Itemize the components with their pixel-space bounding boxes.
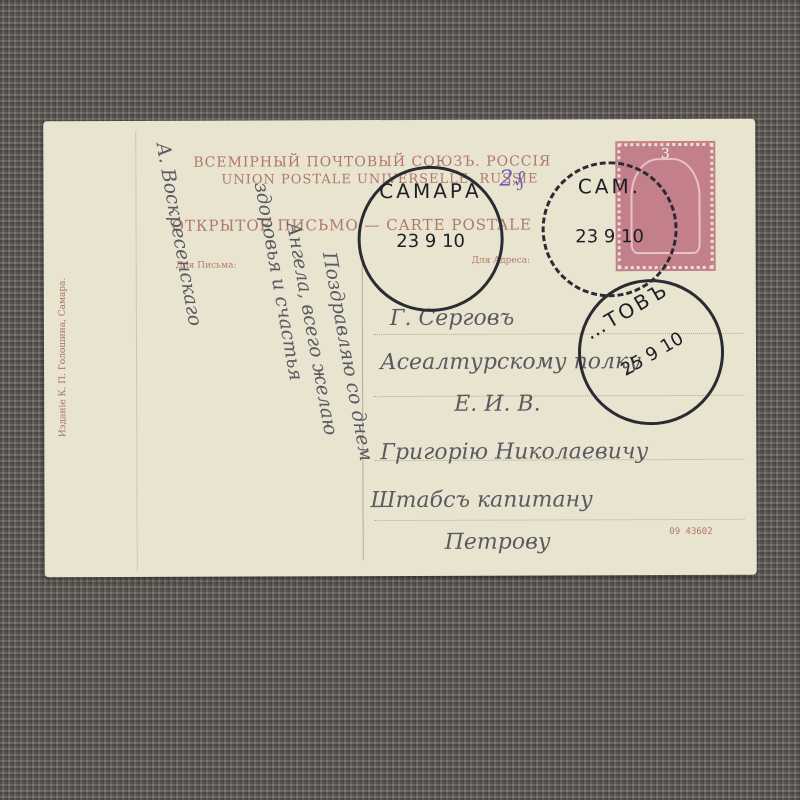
postmark-samara: САМАРА 23 9 10 — [357, 166, 504, 313]
stamp-denomination: 3 — [620, 146, 710, 162]
address-line: Е. И. В. — [454, 392, 540, 417]
address-line: Г. Серговъ — [390, 306, 514, 331]
margin-rule — [135, 131, 138, 571]
header-russian: ВСЕМІРНЫЙ ПОЧТОВЫЙ СОЮЗЪ. РОССІЯ — [193, 153, 551, 170]
address-line: Петрову — [445, 529, 551, 554]
postcard: Изданіе К. П. Голошина, Самара. ВСЕМІРНЫ… — [43, 119, 757, 577]
pencil-note: 2₰ — [499, 166, 524, 192]
serial-number: 09 43602 — [669, 527, 712, 537]
address-line: Григорію Николаевичу — [380, 439, 648, 465]
publisher-imprint: Изданіе К. П. Голошина, Самара. — [58, 278, 69, 438]
address-rule — [375, 519, 745, 522]
postmark-samara-2: САМ. 23 9 10 — [541, 161, 677, 297]
address-line: Штабсъ капитану — [370, 487, 592, 513]
